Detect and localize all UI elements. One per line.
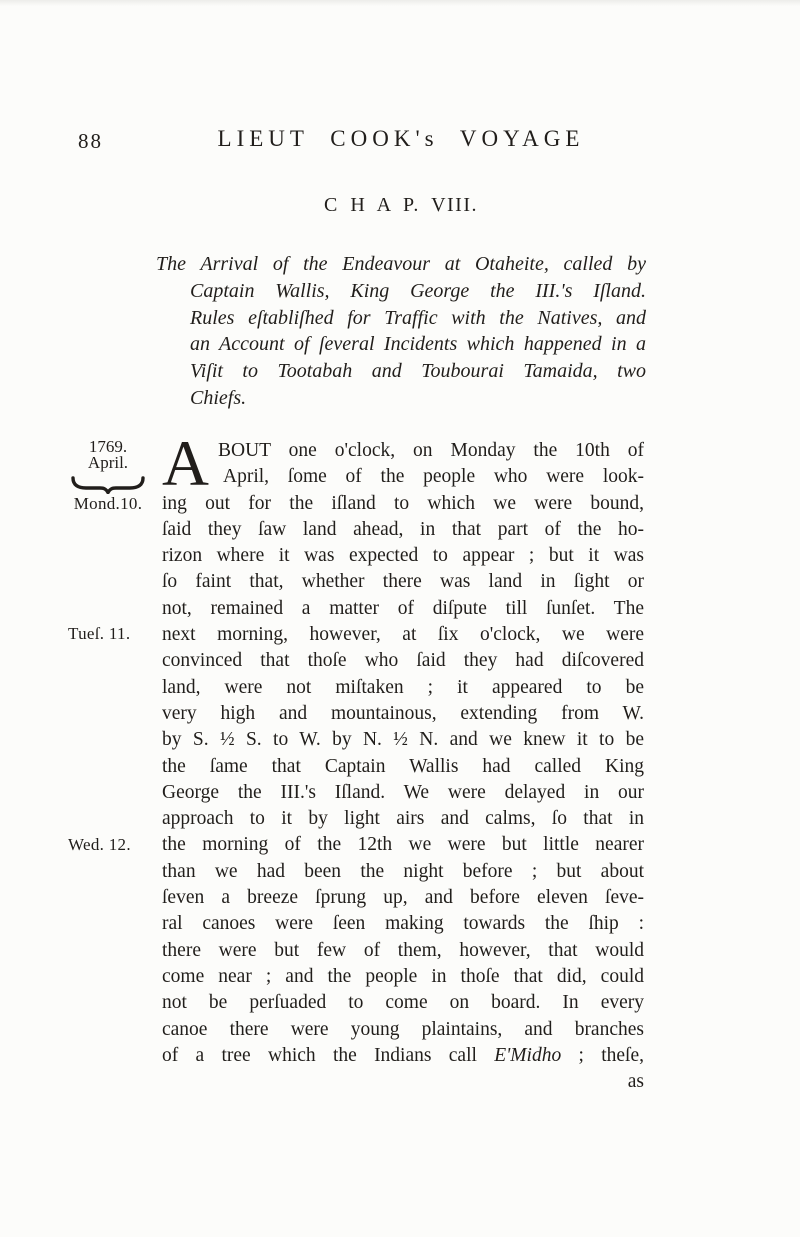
summary-line: Rules eſtabliſhed for Traffic with the N… xyxy=(156,305,646,332)
text-line: George the III.'s Iſland. We were delaye… xyxy=(162,780,644,806)
body-text: A BOUT one o'clock, on Monday the 10th o… xyxy=(162,438,644,1095)
summary-line: Viſit to Tootabah and Toubourai Tamaida,… xyxy=(156,358,646,385)
summary-line: Chiefs. xyxy=(156,385,646,412)
text-line: BOUT one o'clock, on Monday the 10th of xyxy=(162,438,644,464)
text-line: canoe there were young plaintains, and b… xyxy=(162,1017,644,1043)
text-line: the morning of the 12th we were but litt… xyxy=(162,832,644,858)
text-line: approach to it by light airs and calms, … xyxy=(162,806,644,832)
summary-line: an Account of ſeveral Incidents which ha… xyxy=(156,331,646,358)
summary-line: The Arrival of the Endeavour at Otaheite… xyxy=(156,251,646,278)
text-line: next morning, however, at ſix o'clock, w… xyxy=(162,622,644,648)
text-line: than we had been the night before ; but … xyxy=(162,859,644,885)
catchword: as xyxy=(162,1069,644,1095)
text-line: land, were not miſtaken ; it appeared to… xyxy=(162,675,644,701)
text-line: ſeven a breeze ſprung up, and before ele… xyxy=(162,885,644,911)
text-line-part: ; theſe, xyxy=(561,1045,644,1066)
text-line: ſaid they ſaw land ahead, in that part o… xyxy=(162,517,644,543)
text-line: of a tree which the Indians call E'Midho… xyxy=(162,1043,644,1069)
text-line: there were but few of them, however, tha… xyxy=(162,938,644,964)
text-line: April, ſome of the people who were look- xyxy=(162,464,644,490)
curly-brace-icon xyxy=(70,475,146,494)
text-line: convinced that thoſe who ſaid they had d… xyxy=(162,648,644,674)
text-line-part: of a tree which the Indians call xyxy=(162,1045,494,1066)
text-line: ing out for the iſland to which we were … xyxy=(162,491,644,517)
summary-line: Captain Wallis, King George the III.'s I… xyxy=(156,278,646,305)
text-line: not be perſuaded to come on board. In ev… xyxy=(162,990,644,1016)
text-line: not, remained a matter of diſpute till ſ… xyxy=(162,596,644,622)
text-line: the ſame that Captain Wallis had called … xyxy=(162,754,644,780)
native-word-term: E'Midho xyxy=(494,1045,561,1066)
text-line: ral canoes were ſeen making towards the … xyxy=(162,911,644,937)
chapter-summary: The Arrival of the Endeavour at Otaheite… xyxy=(156,251,646,412)
text-line: by S. ½ S. to W. by N. ½ N. and we knew … xyxy=(162,727,644,753)
margin-month: April. xyxy=(64,455,152,471)
drop-cap: A xyxy=(162,439,209,489)
page-number: 88 xyxy=(78,129,103,154)
margin-day-note: Mond.10. xyxy=(64,496,152,512)
margin-day-note: Wed. 12. xyxy=(68,835,156,855)
margin-day-note: Tueſ. 11. xyxy=(68,624,156,644)
chapter-heading: C H A P. VIII. xyxy=(156,194,646,217)
book-page: 88 LIEUT COOK's VOYAGE C H A P. VIII. Th… xyxy=(0,0,800,1237)
margin-date-block: 1769. April. Mond.10. xyxy=(64,439,152,512)
running-title: LIEUT COOK's VOYAGE xyxy=(156,126,646,152)
text-line: rizon where it was expected to appear ; … xyxy=(162,543,644,569)
text-line: very high and mountainous, extending fro… xyxy=(162,701,644,727)
text-line: come near ; and the people in thoſe that… xyxy=(162,964,644,990)
text-line: ſo faint that, whether there was land in… xyxy=(162,569,644,595)
